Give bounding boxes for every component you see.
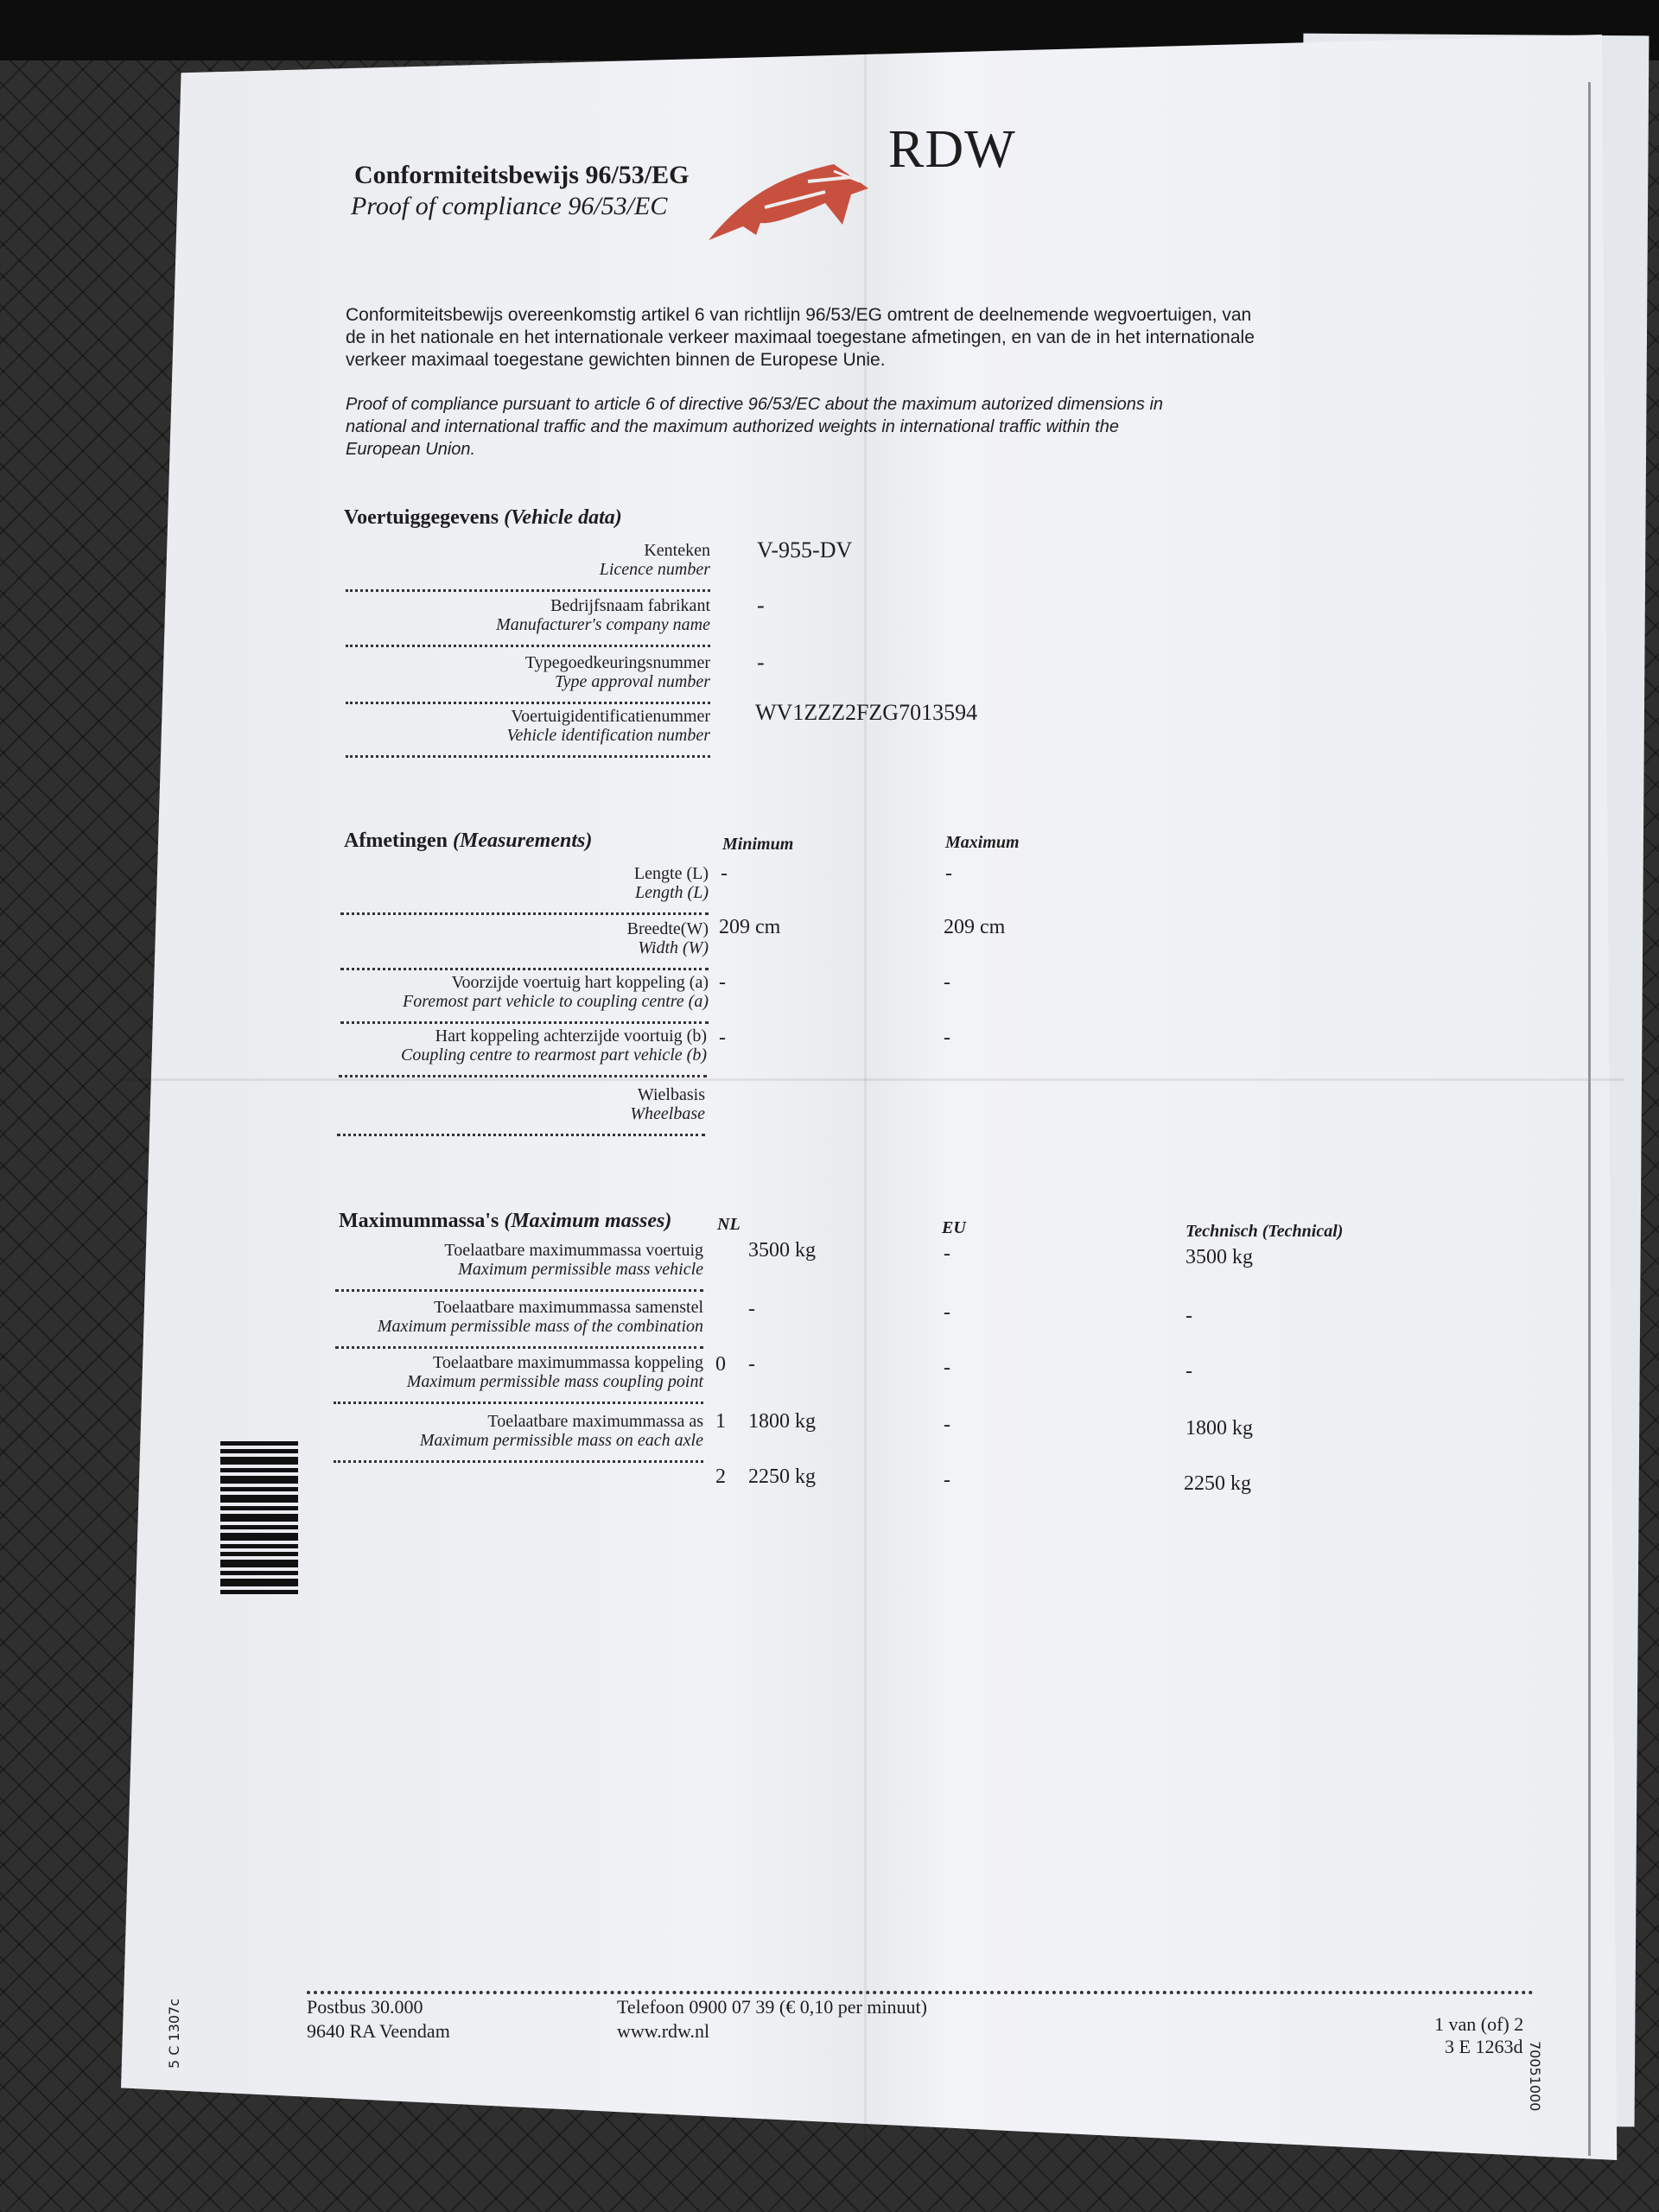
dotted-rule <box>337 1134 705 1136</box>
mass-row-vehicle: Toelaatbare maximummassa voertuig Maximu… <box>335 1241 703 1293</box>
combination-mass-eu: - <box>944 1301 950 1325</box>
barcode <box>220 1441 298 1628</box>
column-maximum: Maximum <box>945 833 1020 853</box>
combination-mass-tech: - <box>1185 1305 1192 1328</box>
row-label-nl: Toelaatbare maximummassa as <box>487 1412 703 1432</box>
dotted-rule <box>346 589 710 592</box>
row-label-nl: Toelaatbare maximummassa koppeling <box>433 1353 703 1373</box>
width-max-value: 209 cm <box>944 916 1005 939</box>
vehicle-mass-tech: 3500 kg <box>1185 1246 1253 1269</box>
row-label-nl: Lengte (L) <box>634 864 709 884</box>
vehicle-row-licence: Kenteken Licence number <box>346 541 710 593</box>
axle-2-mass-nl: 2250 kg <box>748 1465 816 1489</box>
page-border-line <box>1588 82 1591 2156</box>
dotted-rule <box>335 1346 703 1349</box>
row-label-nl: Wielbasis <box>638 1085 705 1105</box>
vehicle-mass-nl: 3500 kg <box>748 1239 816 1262</box>
document-code: 3 E 1263d <box>1445 2036 1522 2058</box>
row-label-en: Maximum permissible mass coupling point <box>407 1372 703 1392</box>
document-title: Conformiteitsbewijs 96/53/EG <box>354 161 689 190</box>
dotted-rule <box>340 1021 709 1024</box>
axle-2-mass-tech: 2250 kg <box>1184 1472 1251 1496</box>
masses-title-nl: Maximummassa's <box>339 1210 499 1232</box>
measurement-row-front-to-coupling: Voorzijde voertuig hart koppeling (a) Fo… <box>340 973 709 1025</box>
mass-row-axle-1: Toelaatbare maximummassa as Maximum perm… <box>334 1412 703 1464</box>
rdw-logo-text: RDW <box>888 119 1016 181</box>
dotted-rule <box>334 1460 703 1463</box>
footer-website-link[interactable]: www.rdw.nl <box>617 2020 709 2043</box>
row-label-en: Manufacturer's company name <box>496 615 710 635</box>
width-min-value: 209 cm <box>719 916 780 939</box>
dotted-rule <box>340 968 709 970</box>
footer-address-line2: 9640 RA Veendam <box>307 2020 450 2043</box>
row-label-en: Maximum permissible mass on each axle <box>420 1431 703 1451</box>
manufacturer-value: - <box>757 593 765 619</box>
column-minimum: Minimum <box>722 835 793 855</box>
mass-row-coupling: Toelaatbare maximummassa koppeling Maxim… <box>334 1353 703 1405</box>
axle-2-index: 2 <box>715 1465 726 1489</box>
footer-dotted-rule <box>307 1991 1534 1994</box>
row-label-nl: Voertuigidentificatienummer <box>511 707 710 727</box>
axle-1-index: 1 <box>715 1410 726 1433</box>
masses-heading: Maximummassa's (Maximum masses) <box>339 1210 671 1233</box>
column-eu: EU <box>942 1218 966 1238</box>
masses-title-en: (Maximum masses) <box>504 1210 671 1232</box>
measurements-title-en: (Measurements) <box>453 829 592 852</box>
footer-phone: Telefoon 0900 07 39 (€ 0,10 per minuut) <box>617 1996 927 2018</box>
row-label-en: Length (L) <box>635 883 709 903</box>
type-approval-value: - <box>757 650 765 676</box>
dotted-rule <box>334 1402 703 1404</box>
dotted-rule <box>346 702 710 704</box>
page-number: 1 van (of) 2 <box>1434 2013 1523 2036</box>
coupling-rear-max-value: - <box>944 1027 950 1050</box>
row-label-en: Vehicle identification number <box>507 726 711 746</box>
vin-value: WV1ZZZ2FZG7013594 <box>755 700 977 726</box>
vehicle-data-heading: Voertuiggegevens (Vehicle data) <box>344 506 622 530</box>
row-label-en: Type approval number <box>555 672 710 692</box>
measurement-row-wheelbase: Wielbasis Wheelbase <box>337 1085 705 1137</box>
length-max-value: - <box>945 862 952 886</box>
front-coupling-min-value: - <box>719 971 726 995</box>
length-min-value: - <box>721 862 728 886</box>
intro-text-dutch: Conformiteitsbewijs overeenkomstig artik… <box>346 304 1262 372</box>
column-nl: NL <box>717 1215 741 1235</box>
column-technical: Technisch (Technical) <box>1185 1222 1343 1242</box>
measurements-title-nl: Afmetingen <box>344 829 448 852</box>
axle-1-mass-tech: 1800 kg <box>1185 1417 1253 1440</box>
horizontal-fold-line <box>121 1078 1624 1081</box>
dotted-rule <box>340 912 709 915</box>
dotted-rule <box>346 645 710 647</box>
coupling-index: 0 <box>715 1353 726 1376</box>
coupling-rear-min-value: - <box>719 1027 726 1050</box>
rdw-feather-logo-icon <box>704 156 873 242</box>
axle-1-mass-nl: 1800 kg <box>748 1410 816 1433</box>
row-label-nl: Kenteken <box>644 541 710 561</box>
coupling-mass-nl: - <box>748 1353 755 1376</box>
combination-mass-nl: - <box>748 1298 755 1321</box>
footer-address-line1: Postbus 30.000 <box>307 1996 423 2018</box>
row-label-en: Maximum permissible mass of the combinat… <box>378 1317 703 1337</box>
dotted-rule <box>335 1289 703 1292</box>
axle-1-mass-eu: - <box>944 1414 950 1437</box>
licence-number-value: V-955-DV <box>757 537 852 563</box>
coupling-mass-tech: - <box>1185 1360 1192 1383</box>
intro-text-english: Proof of compliance pursuant to article … <box>346 393 1175 461</box>
dotted-rule <box>346 755 710 758</box>
row-label-nl: Bedrijfsnaam fabrikant <box>550 596 710 616</box>
row-label-nl: Voorzijde voertuig hart koppeling (a) <box>452 973 709 993</box>
vehicle-row-type-approval: Typegoedkeuringsnummer Type approval num… <box>346 653 710 705</box>
coupling-mass-eu: - <box>944 1357 950 1380</box>
row-label-nl: Toelaatbare maximummassa voertuig <box>444 1241 703 1261</box>
measurement-row-width: Breedte(W) Width (W) <box>340 919 709 971</box>
row-label-en: Licence number <box>600 560 710 580</box>
vehicle-data-title-en: (Vehicle data) <box>504 506 622 529</box>
row-label-en: Coupling centre to rearmost part vehicle… <box>401 1046 707 1065</box>
row-label-nl: Typegoedkeuringsnummer <box>525 653 710 673</box>
mass-row-combination: Toelaatbare maximummassa samenstel Maxim… <box>335 1298 703 1350</box>
row-label-en: Maximum permissible mass vehicle <box>458 1260 703 1280</box>
measurements-heading: Afmetingen (Measurements) <box>344 829 592 853</box>
left-vertical-code: 5 C 1307c <box>166 1999 182 2069</box>
right-vertical-code: 70051000 <box>1527 2041 1543 2111</box>
row-label-nl: Toelaatbare maximummassa samenstel <box>434 1298 703 1318</box>
row-label-nl: Hart koppeling achterzijde voortuig (b) <box>435 1027 707 1046</box>
axle-2-mass-eu: - <box>944 1469 950 1492</box>
vehicle-row-vin: Voertuigidentificatienummer Vehicle iden… <box>346 707 710 759</box>
row-label-en: Width (W) <box>638 938 709 958</box>
row-label-en: Wheelbase <box>630 1104 705 1124</box>
measurement-row-coupling-to-rear: Hart koppeling achterzijde voortuig (b) … <box>339 1027 707 1078</box>
row-label-nl: Breedte(W) <box>627 919 709 939</box>
measurement-row-length: Lengte (L) Length (L) <box>340 864 709 916</box>
vehicle-mass-eu: - <box>944 1243 950 1266</box>
vehicle-data-title-nl: Voertuiggegevens <box>344 506 499 529</box>
vehicle-row-manufacturer: Bedrijfsnaam fabrikant Manufacturer's co… <box>346 596 710 648</box>
dotted-rule <box>339 1075 707 1077</box>
document-subtitle: Proof of compliance 96/53/EC <box>351 192 667 221</box>
front-coupling-max-value: - <box>944 971 950 995</box>
row-label-en: Foremost part vehicle to coupling centre… <box>403 992 709 1012</box>
